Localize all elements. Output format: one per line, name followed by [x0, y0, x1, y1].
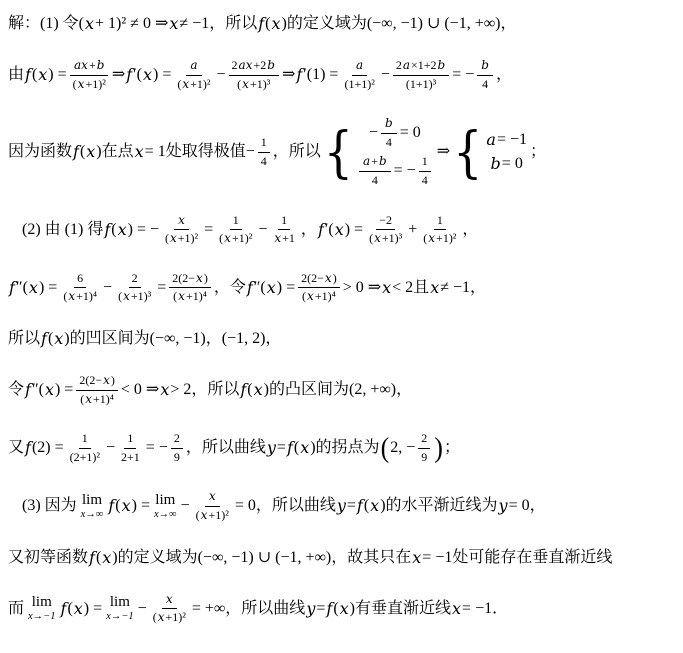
math-text: ) =	[55, 380, 73, 400]
math-fraction: 2a×1+2b(1+1)³	[393, 58, 449, 92]
fraction-numerator: 1	[419, 154, 431, 172]
math-text: 由	[8, 65, 24, 85]
math-variable: x	[427, 231, 436, 247]
math-text: )的拐点为	[310, 438, 379, 458]
fraction-denominator: 4	[369, 172, 381, 189]
math-cases: {a = −1b = 0	[453, 130, 527, 174]
math-text: ) =	[84, 599, 102, 619]
math-text: + 1)² ≠ 0 ⇒	[95, 14, 168, 34]
fraction-numerator: a	[352, 58, 367, 76]
math-text: +1)³	[382, 231, 402, 247]
math-fraction: ax+b(x+1)²	[70, 58, 109, 92]
cases-row: −b4 = 0	[356, 116, 434, 150]
fraction-denominator: 4	[419, 172, 431, 189]
math-text: ⇒	[282, 65, 295, 85]
limit-word: lim	[155, 493, 175, 508]
math-text: 9	[174, 450, 180, 466]
math-text: 又初等函数	[8, 548, 88, 568]
math-fraction: 12+1	[118, 431, 143, 465]
math-variable: f	[257, 14, 265, 34]
math-text: +2	[253, 58, 266, 74]
math-text: −	[381, 65, 390, 85]
math-text: =	[204, 220, 213, 240]
math-variable: b	[490, 154, 502, 174]
math-variable: x	[73, 599, 84, 619]
math-text: 2, −	[390, 438, 415, 458]
math-text: ×1+2	[411, 58, 437, 74]
solution-document: 解：(1) 令(x + 1)² ≠ 0 ⇒ x ≠ −1，所以f(x)的定义域为…	[0, 0, 683, 653]
math-variable: f	[246, 278, 254, 298]
fraction-numerator: 1	[230, 213, 242, 231]
math-text: =	[316, 599, 325, 619]
math-text: +	[89, 58, 96, 74]
fraction-denominator: (x+1)²	[70, 76, 109, 93]
math-text: ，	[462, 220, 478, 240]
math-fraction: a+b4	[359, 154, 391, 188]
fraction-numerator: 1	[124, 431, 136, 449]
solution-line-4: (2) 由 (1) 得f(x) = −x(x+1)² = 1(x+1)² − 1…	[8, 213, 675, 247]
math-text: > 2，所以	[170, 380, 239, 400]
fraction-numerator: 2ax+2b	[229, 58, 279, 76]
math-variable: x	[121, 496, 132, 516]
math-variable: f	[24, 65, 32, 85]
fraction-denominator: (x+1)³	[366, 230, 405, 247]
math-text: = +∞，所以曲线	[192, 599, 305, 619]
math-text: +1)²	[436, 231, 456, 247]
math-variable: x	[28, 278, 39, 298]
math-variable: x	[101, 548, 112, 568]
math-text: ′(1) =	[303, 65, 338, 85]
math-text: = −1处可能存在垂直渐近线	[422, 548, 612, 568]
math-text: (2+1)²	[70, 450, 100, 466]
limit-subscript: x→−1	[28, 612, 56, 623]
fraction-numerator: −2	[376, 213, 395, 231]
math-fraction: 14	[258, 135, 270, 169]
math-text: +1)²	[232, 231, 252, 247]
math-text: )的定义域为(−∞, −1) ∪ (−1, +∞)，	[282, 14, 517, 34]
math-text: −	[217, 65, 226, 85]
fraction-numerator: b	[477, 58, 493, 76]
math-fraction: 14	[419, 154, 431, 188]
math-text: +1)²	[85, 77, 105, 93]
math-fraction: 1(x+1)²	[420, 213, 459, 247]
fraction-denominator: (x+1)³	[115, 288, 154, 305]
limit-subscript: x→∞	[154, 510, 177, 521]
math-text: −	[369, 123, 378, 143]
math-variable: x	[324, 271, 333, 287]
solution-line-5: f″(x) = 6(x+1)⁴ − 2(x+1)³ = 2(2−x)(x+1)⁴…	[8, 271, 675, 305]
math-variable: x	[306, 289, 315, 305]
math-variable: y	[336, 496, 347, 516]
math-variable: x	[169, 231, 178, 247]
math-variable: x	[429, 278, 440, 298]
math-fraction: 1x+1	[270, 213, 298, 247]
math-text: 4	[386, 135, 392, 151]
fraction-numerator: 2a×1+2b	[393, 58, 449, 76]
math-variable: f	[24, 380, 32, 400]
solution-line-1: 解：(1) 令(x + 1)² ≠ 0 ⇒ x ≠ −1，所以f(x)的定义域为…	[8, 14, 675, 34]
math-cases: {−b4 = 0a+b4 = −14	[324, 116, 434, 188]
math-variable: f	[72, 142, 80, 162]
math-text: 9	[421, 450, 427, 466]
math-variable: x	[53, 329, 64, 349]
math-variable: x	[117, 220, 128, 240]
math-variable: x	[334, 220, 345, 240]
math-fraction: b4	[477, 58, 493, 92]
math-fraction: 2(2−x)(x+1)⁴	[76, 373, 118, 407]
math-text: −2	[379, 213, 392, 229]
math-text: −	[106, 438, 115, 458]
math-text: 4	[482, 77, 488, 93]
math-variable: b	[266, 58, 276, 74]
math-variable: f	[88, 548, 96, 568]
math-variable: x	[208, 489, 217, 505]
math-text: =	[277, 438, 286, 458]
math-text: ) =	[153, 65, 171, 85]
math-text: 令	[8, 380, 24, 400]
math-text: +1)³	[250, 77, 270, 93]
math-text: 6	[77, 271, 83, 287]
math-text: 2	[174, 431, 180, 447]
math-text: 1	[261, 135, 267, 151]
math-text: +1)²	[178, 231, 198, 247]
math-variable: b	[480, 58, 490, 74]
math-text: 1	[281, 213, 287, 229]
math-text: ″(	[32, 380, 44, 400]
limit-word: lim	[82, 493, 102, 508]
math-text: ⇒	[112, 65, 125, 85]
math-variable: a	[362, 154, 371, 170]
math-fraction: 2(x+1)³	[115, 271, 154, 305]
math-variable: f	[295, 65, 303, 85]
math-limit: limx→−1	[106, 595, 134, 623]
math-text: +1)²	[165, 610, 185, 626]
math-variable: x	[122, 289, 131, 305]
limit-word: lim	[110, 595, 130, 610]
math-text: ′(	[325, 220, 334, 240]
fraction-numerator: 1	[278, 213, 290, 231]
math-text: = 0	[502, 154, 523, 174]
fraction-numerator: x	[162, 592, 177, 610]
math-fraction: x(x+1)²	[150, 592, 189, 626]
math-text: ，所以曲线	[186, 438, 266, 458]
math-variable: x	[241, 77, 250, 93]
fraction-numerator: 2(2−x)	[169, 271, 211, 289]
fraction-denominator: 9	[171, 449, 183, 466]
math-fraction: 6(x+1)⁴	[60, 271, 100, 305]
math-text: 4	[422, 173, 428, 189]
math-fraction: a(x+1)²	[174, 58, 213, 92]
math-variable: f	[107, 496, 115, 516]
left-brace: {	[324, 128, 353, 178]
fraction-denominator: x+1	[270, 230, 298, 247]
limit-subscript: x→∞	[81, 510, 104, 521]
fraction-denominator: (x+1)⁴	[60, 288, 100, 305]
fraction-numerator: 1	[258, 135, 270, 153]
cases-rows: a = −1b = 0	[485, 130, 527, 174]
fraction-numerator: 2(2−x)	[76, 373, 118, 391]
math-text: )的水平渐近线为	[380, 496, 497, 516]
solution-line-6: 所以f(x)的凹区间为(−∞, −1)，(−1, 2)，	[8, 329, 675, 349]
math-text: = −1．	[462, 599, 508, 619]
math-text: < 0 ⇒	[121, 380, 159, 400]
fraction-numerator: a	[186, 58, 201, 76]
math-text: 所以	[8, 329, 40, 349]
math-text: = 0，	[509, 496, 546, 516]
math-text: +	[371, 154, 378, 170]
cases-row: a+b4 = −14	[356, 154, 434, 188]
math-variable: a	[189, 58, 198, 74]
math-variable: y	[266, 438, 277, 458]
fraction-denominator: (x+1)²	[162, 230, 201, 247]
math-text: ′(	[133, 65, 142, 85]
math-text: +1)⁴	[186, 289, 207, 305]
fraction-numerator: 1	[434, 213, 446, 231]
math-variable: x	[339, 599, 350, 619]
solution-line-8: 又f(2) = 1(2+1)² − 12+1 = −29，所以曲线y = f(x…	[8, 431, 675, 465]
math-variable: y	[305, 599, 316, 619]
math-text: 而	[8, 599, 24, 619]
math-text: ″(	[16, 278, 28, 298]
fraction-denominator: (x+1)²	[150, 609, 189, 626]
math-text: ) =	[277, 278, 295, 298]
math-text: ≠ −1，	[440, 278, 486, 298]
math-variable: x	[67, 289, 76, 305]
math-text: ；	[530, 142, 546, 162]
cases-rows: −b4 = 0a+b4 = −14	[356, 116, 434, 188]
limit-subscript: x→−1	[106, 612, 134, 623]
math-text: (1+1)³	[406, 77, 436, 93]
solution-line-11: 而limx→−1 f(x) = limx→−1 −x(x+1)² = +∞，所以…	[8, 592, 675, 626]
math-text: −	[138, 599, 147, 619]
math-variable: a	[485, 130, 497, 150]
math-variable: x	[44, 380, 55, 400]
math-text: ；	[444, 438, 460, 458]
big-paren: (	[381, 437, 390, 460]
math-text: ，所以	[273, 142, 321, 162]
math-limit: limx→−1	[28, 595, 56, 623]
math-fraction: x(x+1)²	[162, 213, 201, 247]
math-variable: f	[317, 220, 325, 240]
math-variable: f	[286, 438, 294, 458]
math-text: 1	[127, 431, 133, 447]
math-variable: x	[253, 380, 264, 400]
fraction-numerator: 2	[129, 271, 141, 289]
math-text: 1	[233, 213, 239, 229]
math-variable: x	[451, 599, 462, 619]
math-fraction: 1(x+1)²	[216, 213, 255, 247]
math-text: = 0	[400, 123, 421, 143]
math-variable: b	[378, 154, 388, 170]
math-text: (2) =	[32, 438, 64, 458]
math-variable: f	[103, 220, 111, 240]
solution-line-3: 因为函数f(x)在点x = 1处取得极值−14，所以{−b4 = 0a+b4 =…	[8, 116, 675, 188]
math-text: 1	[437, 213, 443, 229]
math-variable: x	[142, 65, 153, 85]
math-text: 解：(1) 令(	[8, 14, 84, 34]
solution-line-10: 又初等函数f(x)的定义域为(−∞, −1) ∪ (−1, +∞)，故其只在x …	[8, 548, 675, 568]
math-text: (3) 因为	[22, 496, 77, 516]
fraction-numerator: ax+b	[70, 58, 108, 76]
math-variable: f	[356, 496, 364, 516]
math-variable: x	[77, 77, 86, 93]
math-fraction: 2(2−x)(x+1)⁴	[169, 271, 211, 305]
math-text: ″(	[254, 278, 266, 298]
math-text: = −	[394, 161, 416, 181]
math-text: ) = −	[128, 220, 159, 240]
math-text: ，令	[214, 278, 246, 298]
cases-row: b = 0	[485, 154, 527, 174]
big-paren: )	[434, 437, 443, 460]
math-variable: x	[159, 380, 170, 400]
math-text: ) =	[39, 278, 57, 298]
math-text: 又	[8, 438, 24, 458]
math-variable: x	[223, 231, 232, 247]
math-variable: x	[181, 77, 190, 93]
solution-body: 解：(1) 令(x + 1)² ≠ 0 ⇒ x ≠ −1，所以f(x)的定义域为…	[8, 14, 675, 626]
cases-row: a = −1	[485, 130, 527, 150]
math-variable: x	[177, 213, 186, 229]
math-variable: a	[402, 58, 411, 74]
math-text: +1)³	[131, 289, 151, 305]
math-variable: ax	[238, 58, 254, 74]
math-fraction: 29	[418, 431, 430, 465]
math-text: 2(2−	[172, 271, 195, 287]
math-text: )的定义域为(−∞, −1) ∪ (−1, +∞)，故其只在	[112, 548, 411, 568]
math-variable: x	[266, 278, 277, 298]
math-text: = 0，所以曲线	[235, 496, 336, 516]
math-text: +1)²	[190, 77, 210, 93]
math-variable: f	[24, 438, 32, 458]
math-variable: b	[437, 58, 447, 74]
math-text: 2	[421, 431, 427, 447]
math-text: (2) 由 (1) 得	[22, 220, 103, 240]
math-variable: x	[134, 142, 145, 162]
math-text: = −1	[497, 130, 527, 150]
math-text: +1)²	[208, 508, 228, 524]
math-text: +1)⁴	[315, 289, 336, 305]
math-text: )	[204, 271, 208, 287]
math-variable: x	[157, 610, 166, 626]
fraction-denominator: (1+1)³	[403, 76, 439, 93]
math-variable: ax	[73, 58, 89, 74]
fraction-denominator: 4	[479, 76, 491, 93]
fraction-numerator: 1	[79, 431, 91, 449]
math-text: ，	[301, 220, 317, 240]
math-text: −	[258, 220, 267, 240]
math-variable: f	[325, 599, 333, 619]
fraction-numerator: 6	[74, 271, 86, 289]
math-text: )的凹区间为(−∞, −1)，(−1, 2)，	[64, 329, 281, 349]
math-variable: f	[60, 599, 68, 619]
fraction-denominator: (x+1)²	[216, 230, 255, 247]
fraction-denominator: (x+1)⁴	[299, 288, 339, 305]
math-fraction: 1(2+1)²	[67, 431, 103, 465]
math-text: ≠ −1，所以	[179, 14, 257, 34]
fraction-denominator: (x+1)³	[234, 76, 273, 93]
fraction-numerator: x	[174, 213, 189, 231]
fraction-denominator: (2+1)²	[67, 449, 103, 466]
math-text: (1+1)²	[344, 77, 374, 93]
math-variable: x	[37, 65, 48, 85]
math-variable: b	[384, 116, 394, 132]
fraction-denominator: (x+1)⁴	[77, 391, 117, 408]
math-variable: x	[270, 14, 281, 34]
fraction-denominator: (x+1)²	[174, 76, 213, 93]
math-text: ) =	[345, 220, 363, 240]
math-text: > 0 ⇒	[343, 278, 381, 298]
math-text: = −	[452, 65, 474, 85]
math-text: −	[103, 278, 112, 298]
math-fraction: 2ax+2b(x+1)³	[229, 58, 279, 92]
math-variable: x	[273, 231, 282, 247]
fraction-denominator: 9	[418, 449, 430, 466]
math-variable: x	[84, 14, 95, 34]
math-variable: f	[125, 65, 133, 85]
math-text: ) =	[132, 496, 150, 516]
math-text: 1	[82, 431, 88, 447]
math-limit: limx→∞	[154, 493, 177, 521]
math-text: )有垂直渐近线	[350, 599, 451, 619]
math-variable: x	[102, 373, 111, 389]
math-text: =	[157, 278, 166, 298]
math-fraction: b4	[381, 116, 397, 150]
fraction-numerator: x	[205, 489, 220, 507]
math-variable: y	[498, 496, 509, 516]
math-variable: x	[299, 438, 310, 458]
math-text: ⇒	[437, 142, 450, 162]
math-variable: x	[381, 278, 392, 298]
math-variable: b	[96, 58, 106, 74]
left-brace: {	[453, 128, 482, 178]
math-fraction: 29	[171, 431, 183, 465]
math-text: =	[347, 496, 356, 516]
math-text: +1)⁴	[93, 392, 114, 408]
fraction-denominator: 4	[383, 134, 395, 151]
math-text: +1)⁴	[76, 289, 97, 305]
fraction-denominator: (x+1)⁴	[170, 288, 210, 305]
math-fraction: x(x+1)²	[193, 489, 232, 523]
math-text: < 2且	[392, 278, 429, 298]
math-text: +	[408, 220, 417, 240]
math-variable: x	[85, 142, 96, 162]
math-text: 4	[261, 154, 267, 170]
math-fraction: 2(2−x)(x+1)⁴	[298, 271, 340, 305]
math-variable: x	[84, 392, 93, 408]
math-variable: x	[165, 592, 174, 608]
math-text: +1	[282, 231, 295, 247]
math-text: 2	[132, 271, 138, 287]
math-text: )	[333, 271, 337, 287]
math-text: 2+1	[121, 450, 140, 466]
math-variable: x	[168, 14, 179, 34]
math-text: = 1处取得极值−	[145, 142, 255, 162]
math-text: 2(2−	[301, 271, 324, 287]
fraction-numerator: 2	[171, 431, 183, 449]
solution-line-9: (3) 因为limx→∞ f(x) = limx→∞ −x(x+1)² = 0，…	[8, 489, 675, 523]
math-variable: x	[177, 289, 186, 305]
math-text: )在点	[96, 142, 133, 162]
math-text: ，	[496, 65, 512, 85]
math-text: 因为函数	[8, 142, 72, 162]
math-variable: x	[411, 548, 422, 568]
math-text: )	[111, 373, 115, 389]
fraction-numerator: a+b	[359, 154, 391, 172]
math-text: 1	[422, 154, 428, 170]
fraction-numerator: 2	[418, 431, 430, 449]
math-variable: x	[200, 508, 209, 524]
math-limit: limx→∞	[81, 493, 104, 521]
